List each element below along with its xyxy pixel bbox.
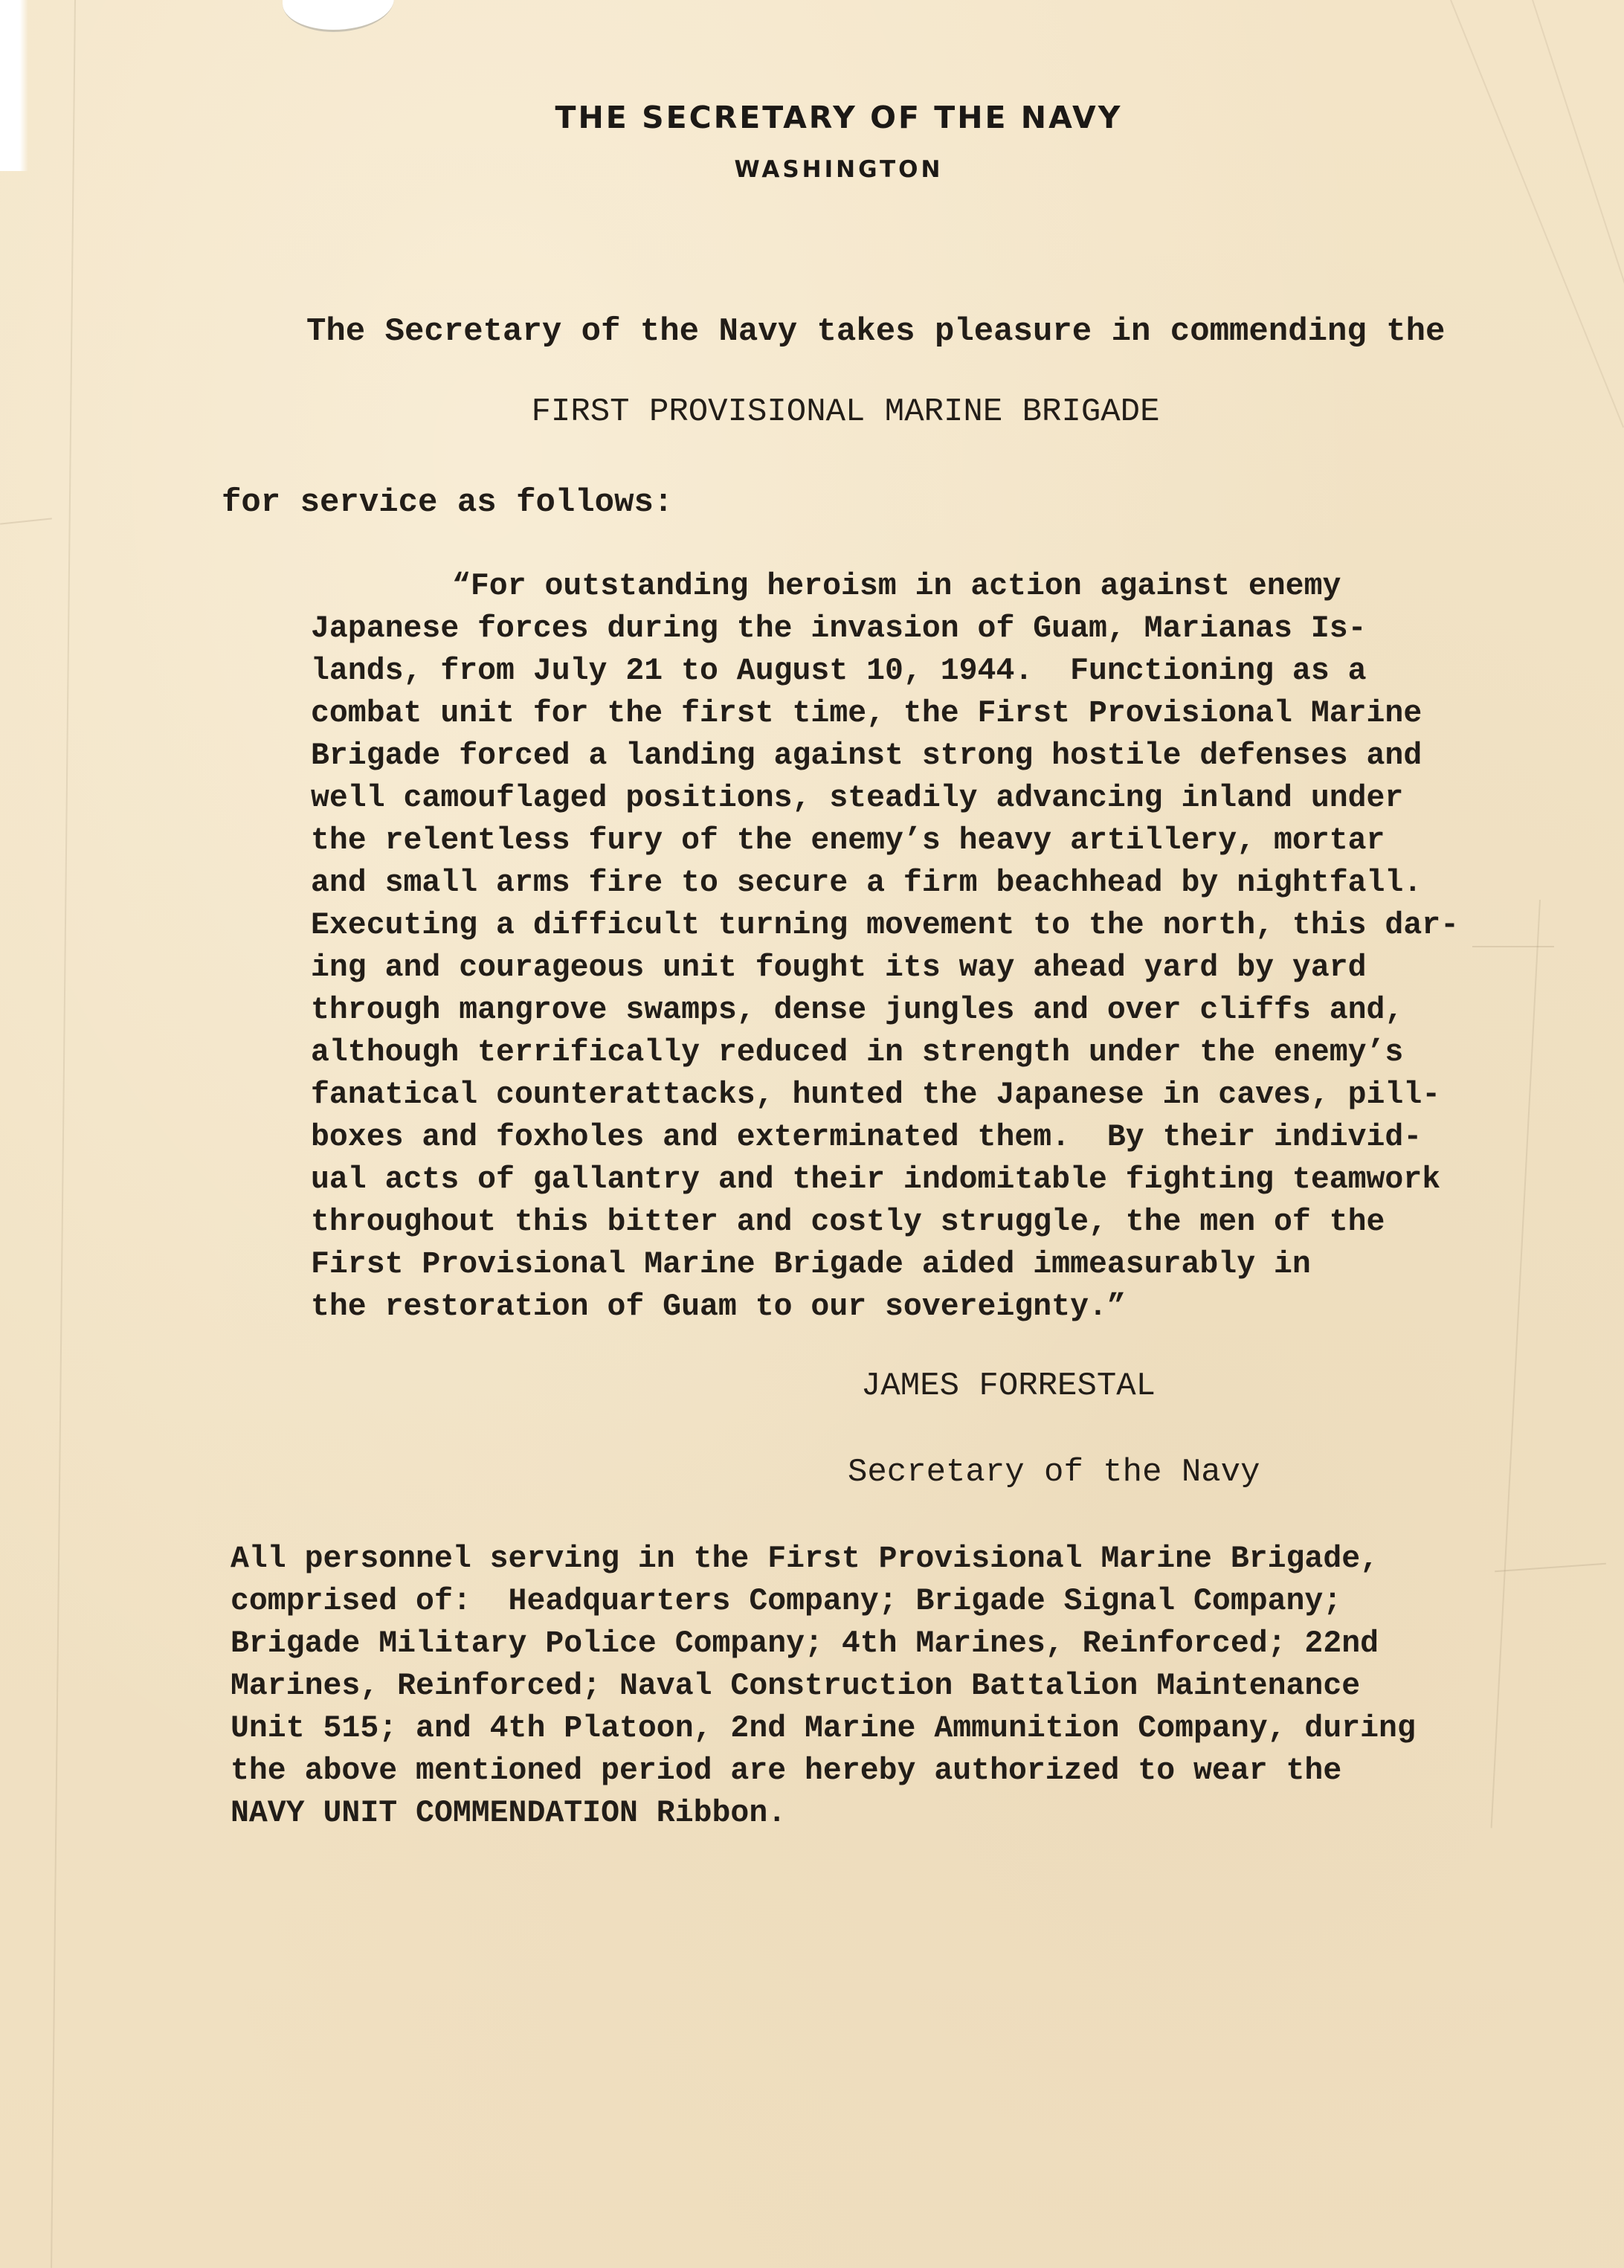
citation-line: lands, from July 21 to August 10, 1944. … xyxy=(311,656,1367,687)
citation-line: “For outstanding heroism in action again… xyxy=(452,571,1402,602)
citation-line: Brigade forced a landing against strong … xyxy=(311,741,1422,772)
citation-line: through mangrove swamps, dense jungles a… xyxy=(311,995,1403,1026)
citation-line: First Provisional Marine Brigade aided i… xyxy=(311,1249,1311,1280)
authorization-line: NAVY UNIT COMMENDATION Ribbon. xyxy=(231,1798,786,1829)
signatory-name: JAMES FORRESTAL xyxy=(861,1370,1156,1402)
scan-margin xyxy=(0,0,28,171)
authorization-line: comprised of: Headquarters Company; Brig… xyxy=(231,1586,1341,1617)
citation-line: the relentless fury of the enemy’s heavy… xyxy=(311,825,1385,857)
citation-line: fanatical counterattacks, hunted the Jap… xyxy=(311,1080,1440,1111)
citation-line: ing and courageous unit fought its way a… xyxy=(311,953,1367,984)
citation-line: although terrifically reduced in strengt… xyxy=(311,1037,1403,1069)
lead-in: for service as follows: xyxy=(222,486,673,519)
paper-crease xyxy=(1472,946,1554,947)
intro-line: The Secretary of the Navy takes pleasure… xyxy=(306,315,1445,348)
authorization-line: Unit 515; and 4th Platoon, 2nd Marine Am… xyxy=(231,1713,1416,1745)
citation-line: the restoration of Guam to our sovereign… xyxy=(311,1292,1126,1323)
unit-name: FIRST PROVISIONAL MARINE BRIGADE xyxy=(0,396,1624,428)
authorization-line: the above mentioned period are hereby au… xyxy=(231,1756,1341,1787)
citation-line: Executing a difficult turning movement t… xyxy=(311,910,1459,941)
letterhead-title: THE SECRETARY OF THE NAVY xyxy=(0,103,1624,133)
citation-line: and small arms fire to secure a firm bea… xyxy=(311,868,1422,899)
authorization-line: Marines, Reinforced; Naval Construction … xyxy=(231,1671,1360,1702)
citation-line: boxes and foxholes and exterminated them… xyxy=(311,1122,1422,1153)
citation-line: Japanese forces during the invasion of G… xyxy=(311,613,1367,645)
letterhead-location: WASHINGTON xyxy=(0,158,1624,181)
citation-line: throughout this bitter and costly strugg… xyxy=(311,1207,1385,1238)
citation-line: well camouflaged positions, steadily adv… xyxy=(311,783,1403,814)
citation-line: combat unit for the first time, the Firs… xyxy=(311,698,1422,729)
authorization-line: Brigade Military Police Company; 4th Mar… xyxy=(231,1628,1379,1660)
authorization-line: All personnel serving in the First Provi… xyxy=(231,1544,1379,1575)
citation-line: ual acts of gallantry and their indomita… xyxy=(311,1164,1440,1196)
signatory-title: Secretary of the Navy xyxy=(848,1456,1260,1489)
